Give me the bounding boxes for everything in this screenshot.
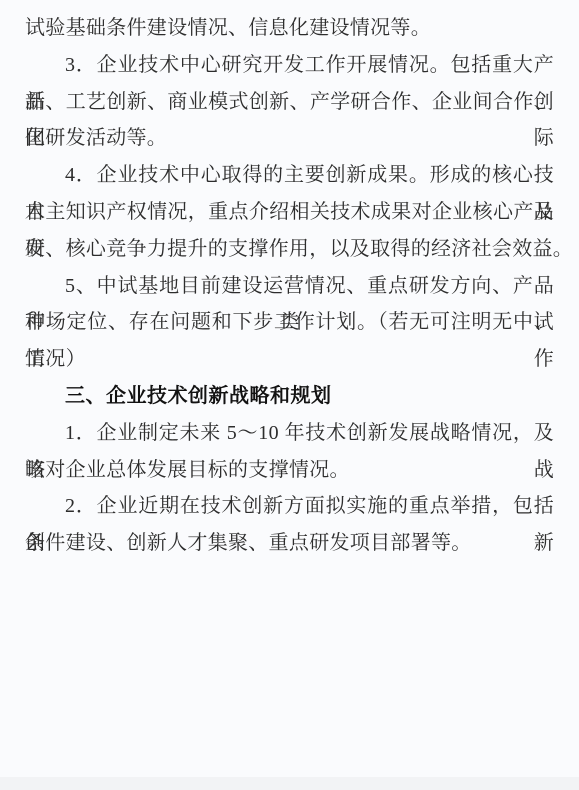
- body-line: 1．企业制定未来 5～10 年技术创新发展战略情况，及该战: [25, 415, 554, 452]
- body-line: 3．企业技术中心研究开发工作开展情况。包括重大产品创: [25, 47, 554, 84]
- document-text-block: 试验基础条件建设情况、信息化建设情况等。 3．企业技术中心研究开发工作开展情况。…: [25, 10, 554, 562]
- body-line: 市场定位、存在问题和下步工作计划。（若无可注明无中试工作: [25, 304, 554, 341]
- body-line: 5、中试基地目前建设运营情况、重点研发方向、产品种类、: [25, 268, 554, 305]
- body-line: 新、工艺创新、商业模式创新、产学研合作、企业间合作、国际: [25, 84, 554, 121]
- body-line: 试验基础条件建设情况、信息化建设情况等。: [25, 10, 554, 47]
- body-line: 4．企业技术中心取得的主要创新成果。形成的核心技术及: [25, 157, 554, 194]
- page-bottom-gap: [0, 777, 579, 790]
- document-page: 试验基础条件建设情况、信息化建设情况等。 3．企业技术中心研究开发工作开展情况。…: [0, 0, 579, 777]
- body-line: 2．企业近期在技术创新方面拟实施的重点举措，包括创新: [25, 488, 554, 525]
- body-line: 发、核心竞争力提升的支撑作用，以及取得的经济社会效益。: [25, 231, 554, 268]
- body-line: 自主知识产权情况，重点介绍相关技术成果对企业核心产品研: [25, 194, 554, 231]
- section-heading: 三、企业技术创新战略和规划: [25, 378, 554, 415]
